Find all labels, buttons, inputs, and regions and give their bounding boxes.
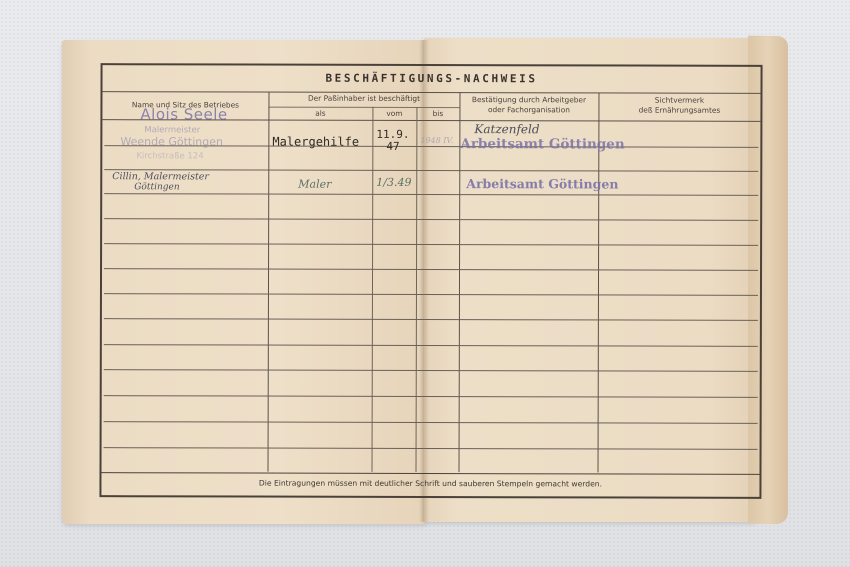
form-footer: Die Eintragungen müssen mit deutlicher S… <box>101 472 759 497</box>
row-line <box>104 344 758 347</box>
row-line <box>104 218 758 221</box>
title-row: BESCHÄFTIGUNGS-NACHWEIS <box>102 65 760 94</box>
header-confirmation-line2: oder Fachorganisation <box>459 105 598 115</box>
occupation-value: Malergehilfe <box>272 135 359 149</box>
form-title: BESCHÄFTIGUNGS-NACHWEIS <box>103 71 761 86</box>
column-divider <box>372 107 374 472</box>
employment-record-form: BESCHÄFTIGUNGS-NACHWEIS Name und Sitz de… <box>99 63 762 499</box>
row-line <box>104 447 758 450</box>
row-line <box>104 193 758 196</box>
row-line <box>104 395 758 398</box>
confirmation-signature: Katzenfeld <box>474 122 539 136</box>
confirmation-stamp: Arbeitsamt Göttingen <box>466 176 618 191</box>
occupation-value: Maler <box>298 178 331 191</box>
row-line <box>104 318 758 321</box>
row-line <box>104 268 758 271</box>
company-stamp-line1: Malermeister <box>144 125 200 135</box>
header-visa-line1: Sichtvermerk <box>598 95 760 105</box>
from-value: 1/3.49 <box>376 176 411 189</box>
row-line <box>104 369 758 372</box>
from-year-value: 47 <box>386 140 399 153</box>
header-to: bis <box>416 109 459 137</box>
row-line <box>104 243 758 246</box>
row-line <box>104 293 758 296</box>
header-as: als <box>268 109 372 137</box>
company-stamp-name: Alois Seele <box>140 105 227 123</box>
confirmation-stamp: Arbeitsamt Göttingen <box>460 136 624 152</box>
header-visa-line2: deß Ernährungsamtes <box>598 105 760 115</box>
company-handwritten-line2: Göttingen <box>134 182 179 192</box>
header-confirmation-line1: Bestätigung durch Arbeitgeber <box>459 95 598 105</box>
to-value: 1948 IV. <box>420 136 453 145</box>
column-divider <box>416 107 418 472</box>
header-visa: Sichtvermerk deß Ernährungsamtes <box>598 95 760 123</box>
company-stamp-line2: Weende Göttingen <box>120 135 223 148</box>
header-confirmation: Bestätigung durch Arbeitgeber oder Facho… <box>459 95 598 123</box>
company-handwritten-line1: Cillin, Malermeister <box>112 171 209 182</box>
company-stamp-line3: Kirchstraße 124 <box>136 151 203 161</box>
row-line <box>104 421 758 424</box>
column-divider <box>268 92 270 472</box>
